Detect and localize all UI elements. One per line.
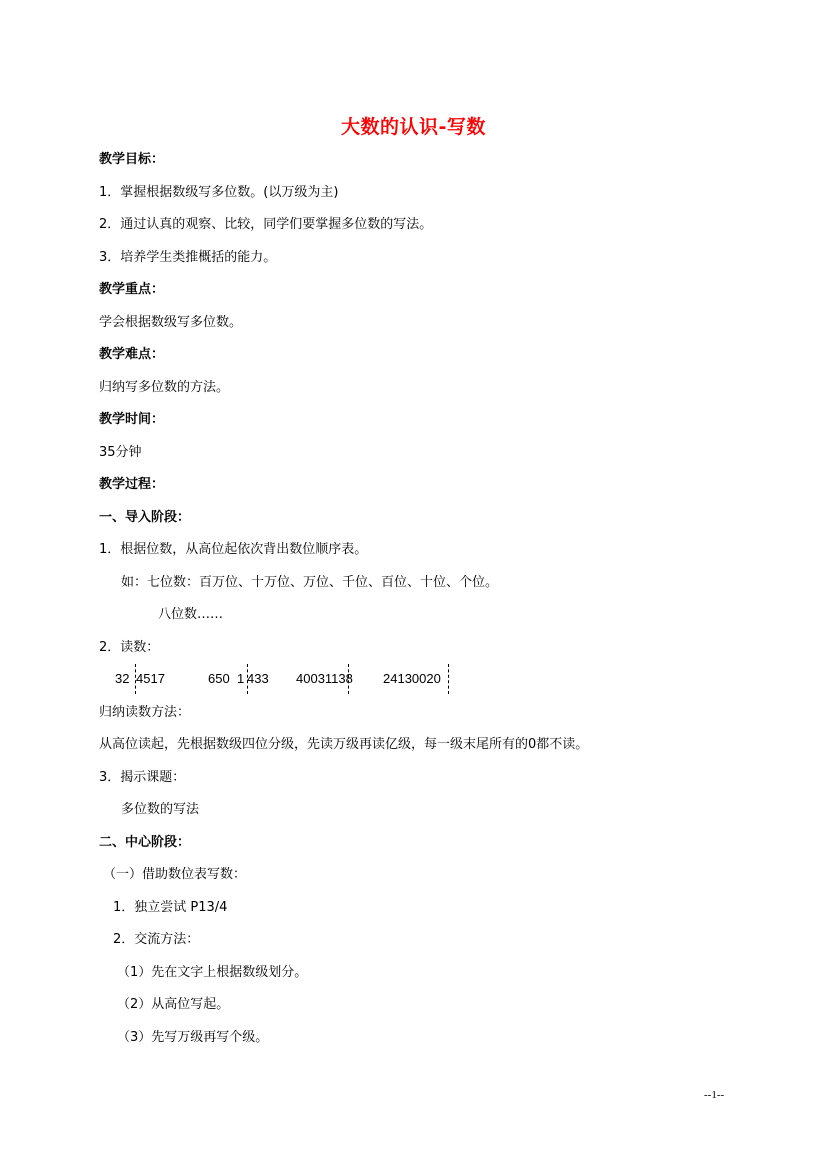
part1-heading: 一、导入阶段： [99,509,190,527]
level-divider-line [448,664,449,694]
time-text: 35分钟 [99,444,142,462]
part1-item3: 3．揭示课题： [99,769,185,787]
part1-item1: 1．根据位数，从高位起依次背出数位顺序表。 [99,541,367,559]
reading-numbers-row: 32 4517 650 1 433 40031138 24130020 [0,662,827,696]
difficulty-heading: 教学难点： [99,346,164,364]
part1-example2: 八位数…… [158,606,223,624]
difficulty-text: 归纳写多位数的方法。 [99,379,229,397]
number: 1 [237,671,244,687]
part1-item2: 2．读数： [99,639,159,657]
part2-heading: 二、中心阶段： [99,834,190,852]
number: 32 [115,671,129,687]
summary-text: 从高位读起，先根据数级四位分级，先读万级再读亿级，每一级末尾所有的0都不读。 [99,736,588,754]
number: 4517 [136,671,165,687]
goal-item: 3．培养学生类推概括的能力。 [99,249,276,267]
part1-example: 如：七位数：百万位、十万位、万位、千位、百位、十位、个位。 [121,574,498,592]
page-number: --1-- [704,1089,724,1101]
number: 433 [247,671,269,687]
level-divider-line [348,664,349,694]
key-point-heading: 教学重点： [99,281,164,299]
number: 24130020 [383,671,441,687]
part2-step2: 2．交流方法： [113,931,199,949]
part2-step1: 1．独立尝试 P13/4 [113,899,227,917]
document-page: 大数的认识-写数 教学目标： 1．掌握根据数级写多位数。(以万级为主) 2．通过… [0,0,827,1170]
summary-label: 归纳读数方法： [99,704,190,722]
method-item: （3）先写万级再写个级。 [117,1029,268,1047]
number: 40031138 [296,671,353,687]
method-item: （1）先在文字上根据数级划分。 [117,964,307,982]
key-point-text: 学会根据数级写多位数。 [99,314,242,332]
goals-heading: 教学目标： [99,151,164,169]
goal-item: 2．通过认真的观察、比较，同学们要掌握多位数的写法。 [99,216,432,234]
lesson-topic: 多位数的写法 [121,801,199,819]
time-heading: 教学时间： [99,411,164,429]
number: 650 [208,671,230,687]
document-title: 大数的认识-写数 [0,112,827,139]
goal-item: 1．掌握根据数级写多位数。(以万级为主) [99,184,338,202]
process-heading: 教学过程： [99,476,164,494]
method-item: （2）从高位写起。 [117,996,229,1014]
part2-sub1: （一）借助数位表写数： [103,866,246,884]
